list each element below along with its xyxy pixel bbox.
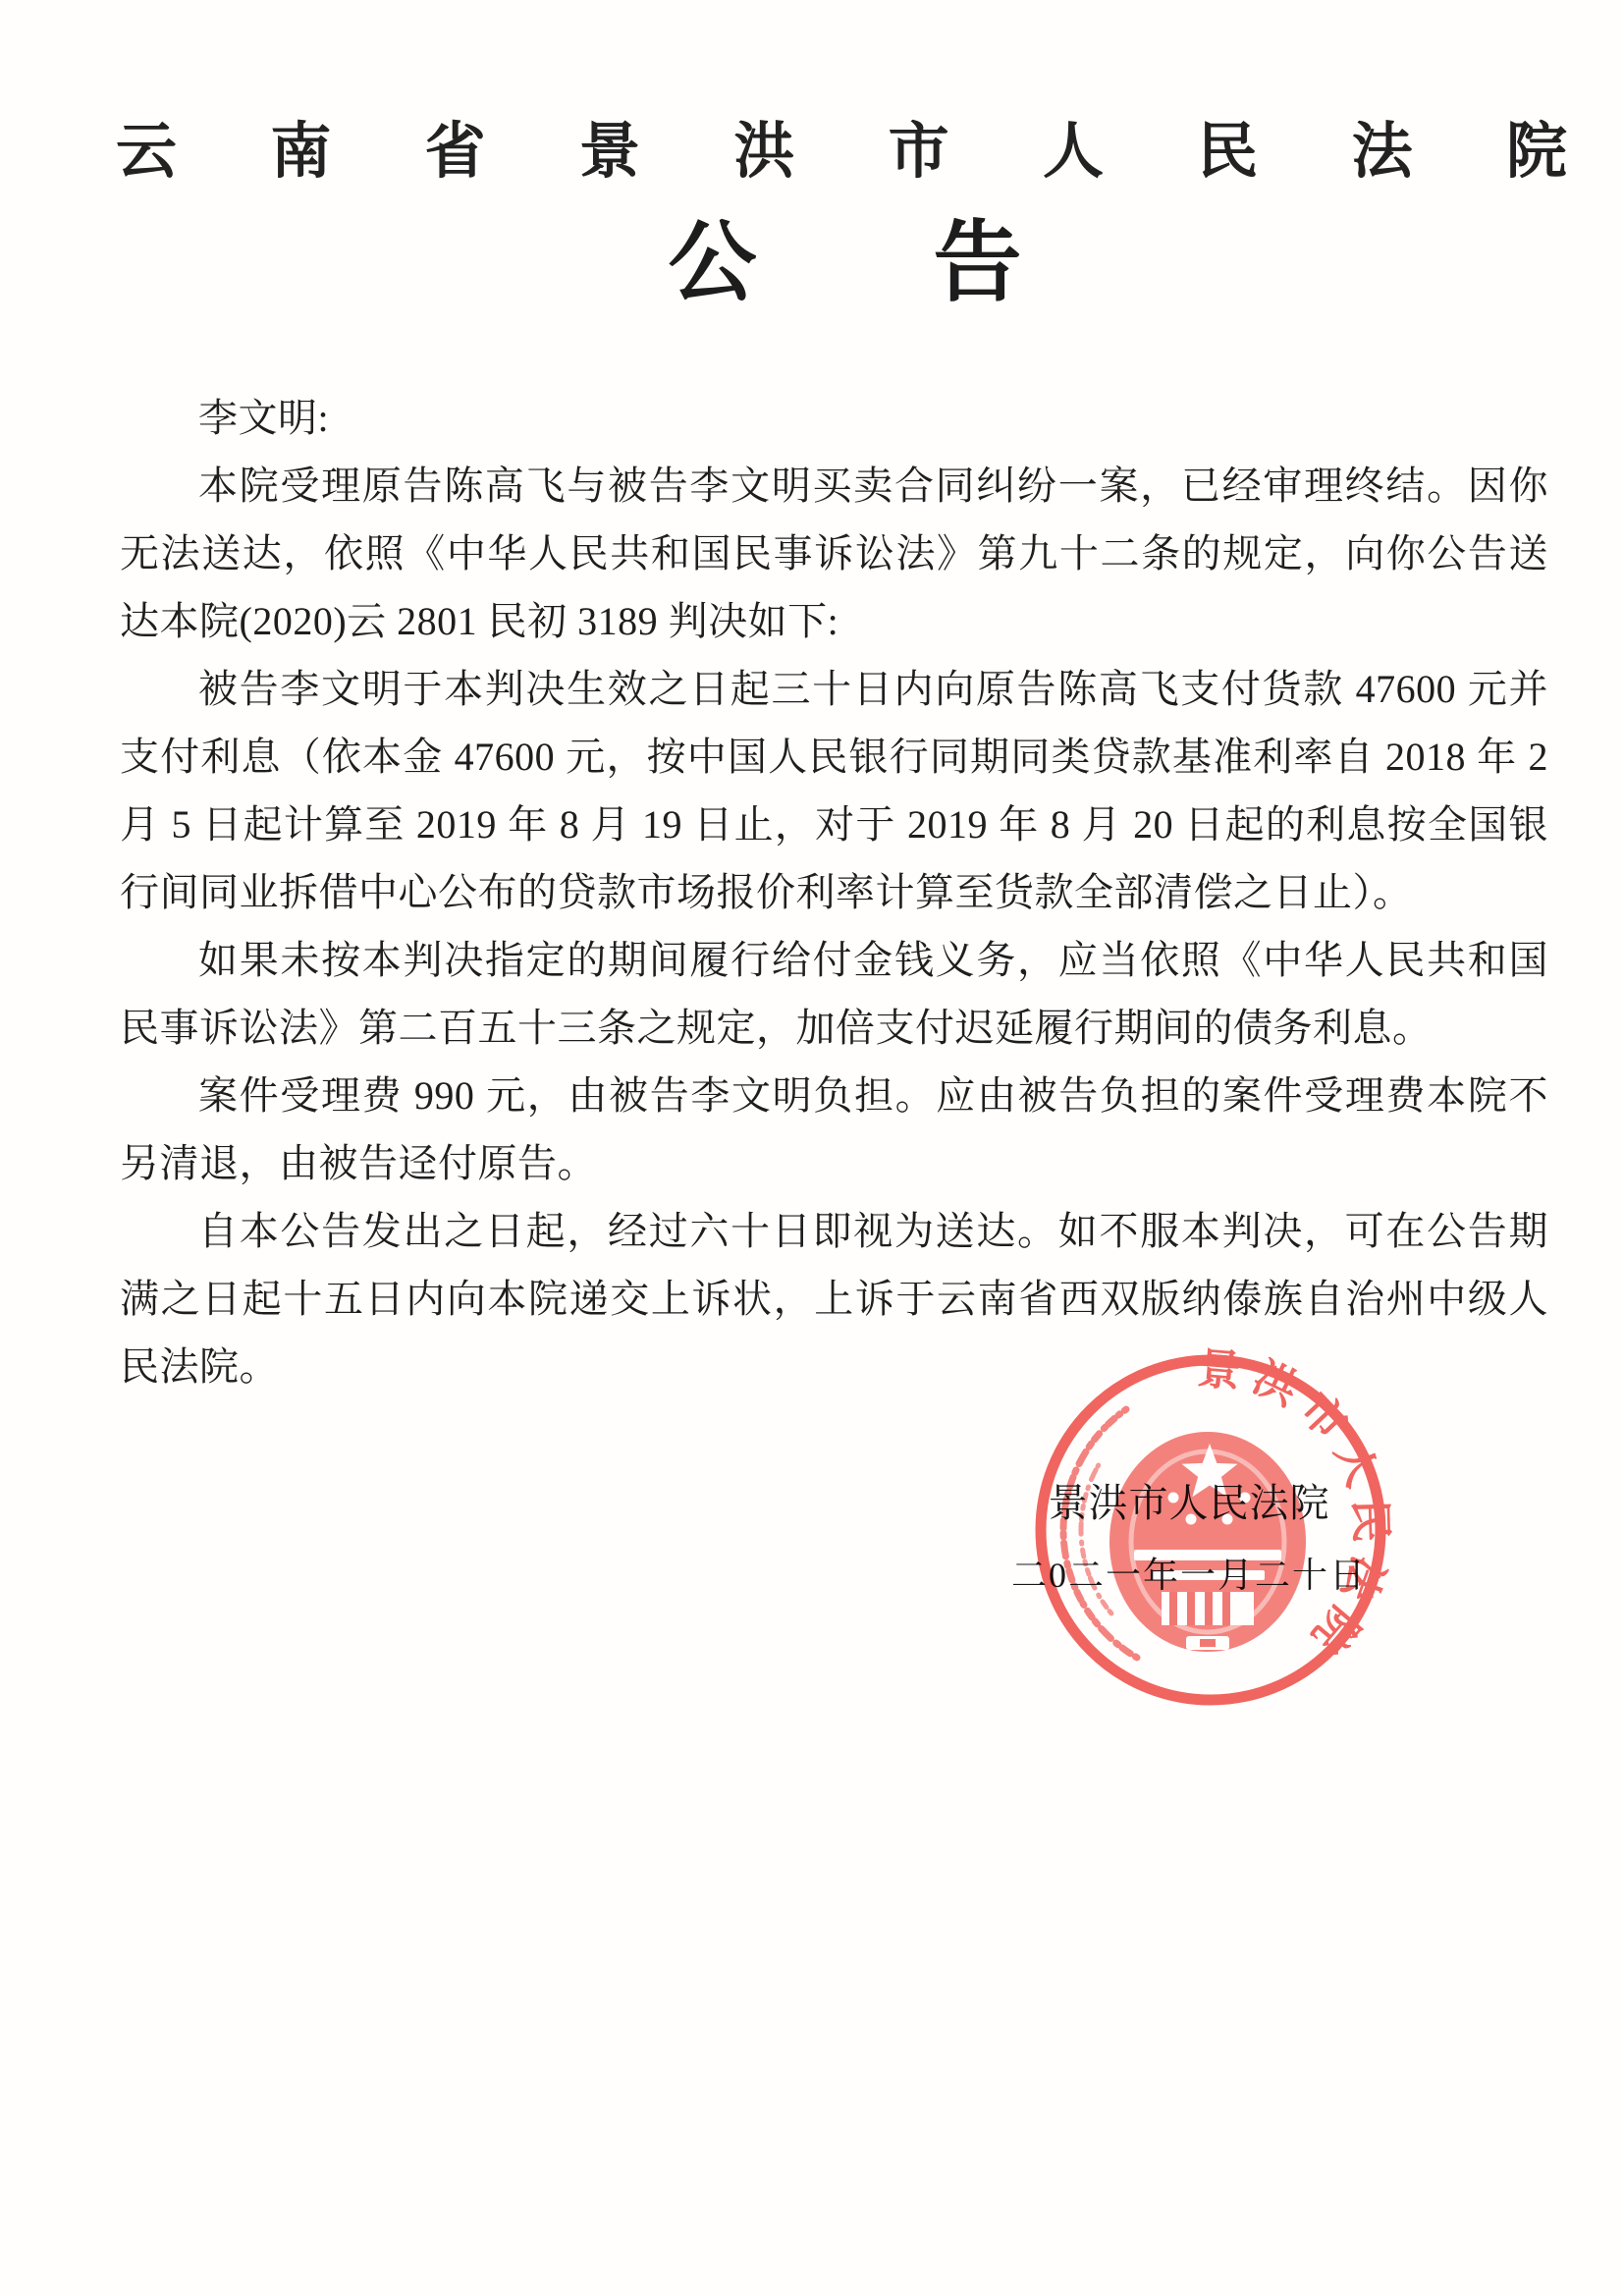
signature-date: 二0二一年一月二十日 xyxy=(944,1556,1434,1595)
announcement-page: 云南省景洪市人民法院 公告 李文明: 本院受理原告陈高飞与被告李文明买卖合同纠纷… xyxy=(0,0,1623,2296)
paragraph-2: 被告李文明于本判决生效之日起三十日内向原告陈高飞支付货款 47600 元并支付利… xyxy=(120,655,1548,926)
signature-court-name: 景洪市人民法院 xyxy=(944,1481,1434,1526)
paragraph-1: 本院受理原告陈高飞与被告李文明买卖合同纠纷一案，已经审理终结。因你无法送达，依照… xyxy=(120,452,1548,655)
paragraph-5: 自本公告发出之日起，经过六十日即视为送达。如不服本判决，可在公告期满之日起十五日… xyxy=(120,1197,1548,1400)
document-body: 李文明: 本院受理原告陈高飞与被告李文明买卖合同纠纷一案，已经审理终结。因你无法… xyxy=(120,384,1548,1400)
paragraph-4: 案件受理费 990 元，由被告李文明负担。应由被告负担的案件受理费本院不另清退，… xyxy=(120,1062,1548,1197)
signature-block: 景洪市人民法院 二0二一年一月二十日 xyxy=(944,1481,1434,1595)
court-header-title: 云南省景洪市人民法院 xyxy=(116,102,1567,190)
salutation: 李文明: xyxy=(120,384,1548,452)
notice-title: 公告 xyxy=(33,191,1623,318)
paragraph-3: 如果未按本判决指定的期间履行给付金钱义务，应当依照《中华人民共和国民事诉讼法》第… xyxy=(120,926,1548,1062)
